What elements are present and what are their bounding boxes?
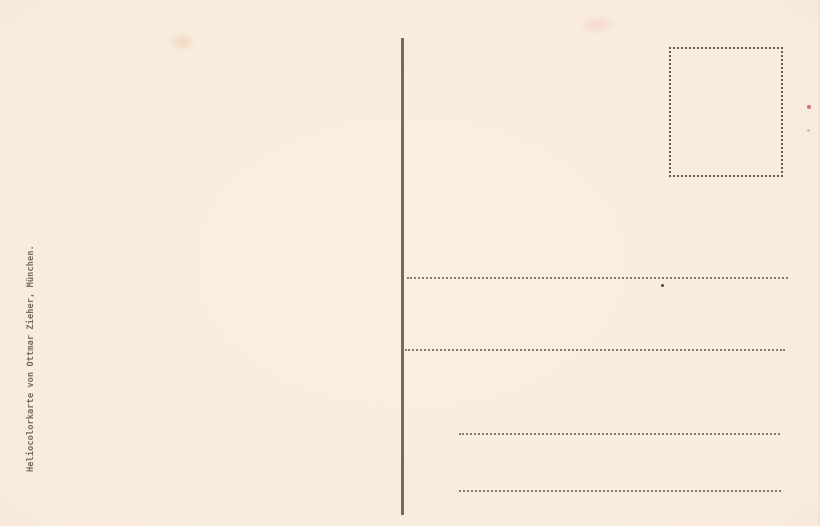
ink-speck — [661, 284, 664, 287]
address-line-4 — [459, 490, 781, 492]
stamp-box — [669, 47, 783, 177]
address-line-1 — [407, 277, 788, 279]
postcard-back: Heliocolorkarte von Ottmar Zieher, Münch… — [0, 0, 820, 526]
stain-mark — [807, 129, 810, 132]
address-line-3 — [459, 433, 780, 435]
stain-mark — [807, 105, 811, 109]
center-divider-line — [401, 38, 404, 515]
publisher-imprint: Heliocolorkarte von Ottmar Zieher, Münch… — [24, 242, 38, 472]
address-line-2 — [405, 349, 785, 351]
